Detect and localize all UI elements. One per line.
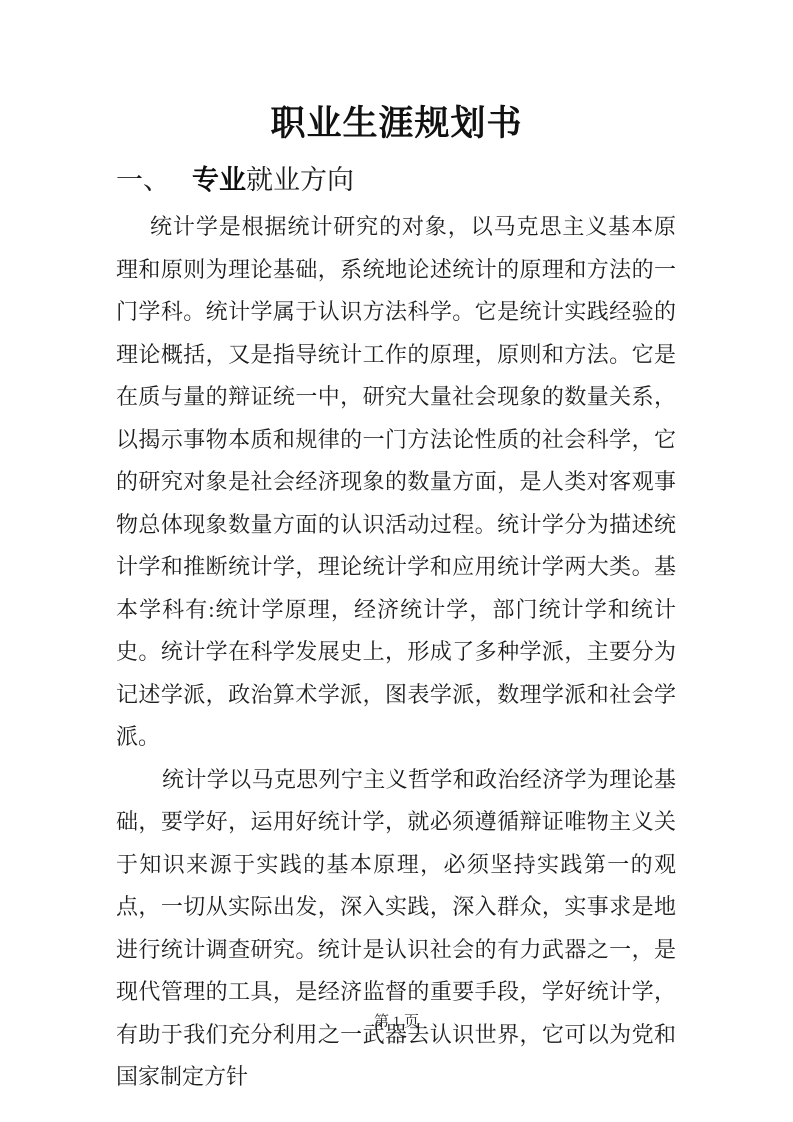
section-heading-rest: 就业方向 — [246, 165, 354, 195]
section-heading: 一、专业就业方向 — [116, 162, 793, 199]
page-number: 第 1 页 — [374, 1014, 419, 1030]
section-number: 一、 — [116, 162, 170, 199]
page-footer: 第 1 页 — [0, 1008, 793, 1036]
paragraph-statistics-application: 统计学以马克思列宁主义哲学和政治经济学为理论基础，要学好，运用好统计学，就必须遵… — [116, 759, 676, 1099]
document-title: 职业生涯规划书 — [0, 0, 793, 148]
section-heading-bold-part: 专业 — [192, 165, 246, 195]
document-page: 职业生涯规划书 一、专业就业方向 统计学是根据统计研究的对象，以马克思主义基本原… — [0, 0, 793, 1122]
paragraph-statistics-definition: 统计学是根据统计研究的对象，以马克思主义基本原理和原则为理论基础，系统地论述统计… — [116, 206, 676, 759]
